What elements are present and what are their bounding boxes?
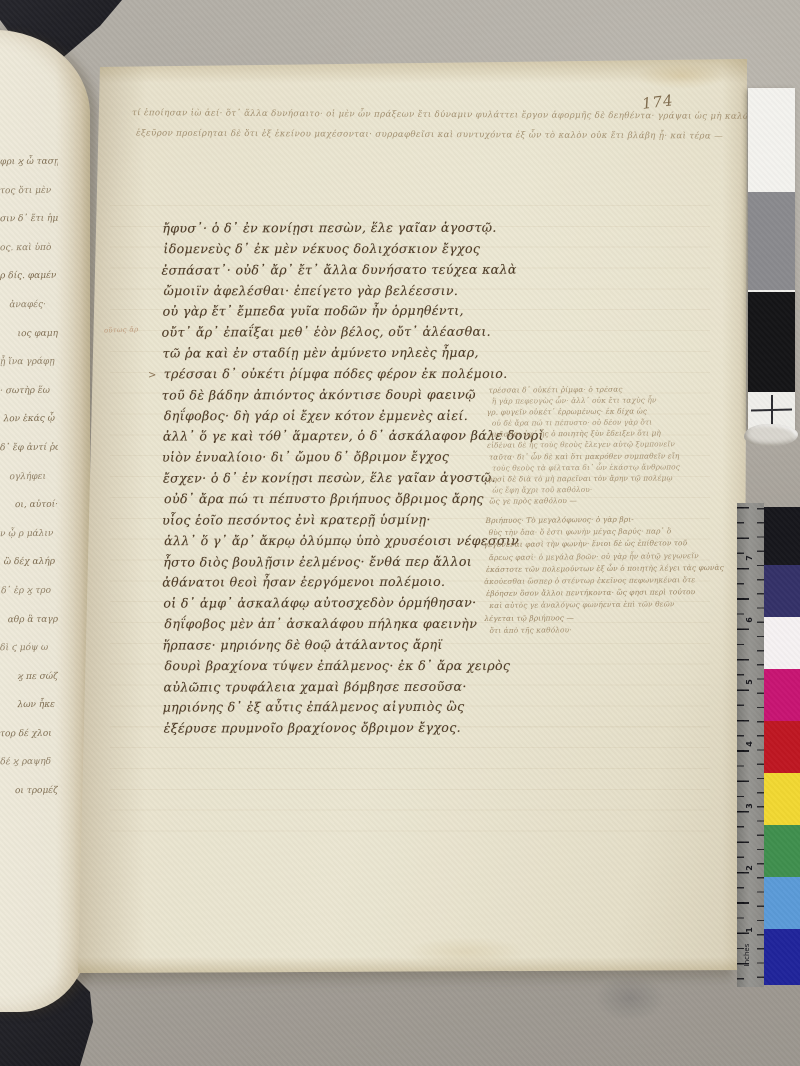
verse: ἥρπασε· μηριόνης δὲ θοῷ ἀτάλαντος ἄρηϊ [162,634,592,656]
verse: ἐσπάσατ᾽· οὐδ᾽ ἄρ᾽ ἔτ᾽ ἄλλα δυνήσατο τεύ… [161,259,591,281]
frag: ιος φαμη [0,319,58,348]
frag: τος ὅτι μὲν [0,176,58,205]
color-patch-black [764,507,800,565]
ruler-numbers: 7654321 [743,527,755,961]
sch-line: ὅτι ἀπὸ τῆς καθόλου· [489,623,727,637]
frag: δ᾽ ἔφ ἀντί ῥα [0,434,58,463]
frag: δέ ϗ ραψηδ [0,748,58,777]
frag: · σωτὴρ ἕω [0,376,58,405]
frag: λων ἧκε [0,691,58,720]
color-patch-light-blue [764,877,800,929]
color-patch-navy [764,565,800,617]
frag: τορ δέ χλοι [0,720,58,749]
frag: δ᾽ ἐρ ϗ τρο [0,577,58,606]
sch-line: ἄρεως φασὶ· ὁ μεγάλα βοῶν· οὐ γὰρ ἦν αὐτ… [489,549,727,563]
color-patch-red [764,721,800,773]
manuscript-page: 174 τί ἐποίησαν ἰὼ ἀεί· ὅτ᾽ ἄλλα δυνήσαι… [76,57,748,975]
facing-page-edge: φρι ϗ ὦ τασῃτος ὅτι μὲνσιν δ᾽ ἔτι ἡμῖος.… [0,30,90,1012]
verse: δουρὶ βραχίονα τύψεν ἐπάλμενος· ἐκ δ᾽ ἄρ… [164,656,594,677]
grayscale-calibration-card [748,88,795,430]
frag: ϗ πε σώζ [0,662,58,691]
gray-strip-black [748,290,795,392]
color-patch-yellow [764,773,800,825]
frag: οι, αὐτοί· [0,491,58,520]
frag: φρι ϗ ὦ τασῃ [0,148,58,177]
frag: ᾗ ἵνα γράφῃ [0,348,58,377]
scholia-block-upper: τρέσσαι δ᾽ οὐκέτι ῥίμφα· ὁ τρέσαςἢ γὰρ π… [489,383,680,506]
verse: οὔτ᾽ ἄρ᾽ ἐπαΐξαι μεθ᾽ ἑὸν βέλος, οὔτ᾽ ἀλ… [162,322,592,344]
sch-line: ἀκούεσθαι ὥσπερ ὁ στέντωρ ἐκεῖνος πεφωνη… [484,574,722,588]
facing-page-text-fragments: φρι ϗ ὦ τασῃτος ὅτι μὲνσιν δ᾽ ἔτι ἡμῖος.… [0,148,58,828]
left-margin-gloss: οὕτως ἄρ [104,325,139,334]
color-patch-green [764,825,800,877]
inch-ruler: 7654321 Inches [737,503,764,987]
color-patch-magenta [764,669,800,721]
frag: σιν δ᾽ ἔτι ἡμῖ [0,205,58,234]
frag: αθρ ἃ ταγρ [0,605,58,634]
sch-line: ὡς ἔφη ἄχρι τοῦ καθόλου· [492,483,682,495]
verse: μηριόνης δ᾽ ἐξ αὖτις ἐπάλμενος αἰγυπιὸς … [163,697,593,719]
color-calibration-patches [764,507,800,985]
parchment-stain [636,63,726,89]
gray-strip-mid [748,190,795,290]
verse: οὐ γὰρ ἔτ᾽ ἔμπεδα γυῖα ποδῶν ἦν ὁρμηθέντ… [163,301,593,323]
verse: ἰδομενεὺς δ᾽ ἐκ μὲν νέκυος δολιχόσκιον ἔ… [163,239,593,260]
parchment-stain [406,937,526,967]
verse: τῶ ῥα καὶ ἐν σταδίῃ μὲν ἀμύνετο νηλεὲς ἦ… [163,343,593,365]
diple-mark: > [148,370,156,381]
verse: ἤφυσ᾽· ὁ δ᾽ ἐν κονίῃσι πεσὼν, ἕλε γαῖαν … [162,217,592,239]
frag: ογλήφει [0,462,58,491]
cloth-smudge [595,975,665,1021]
verse: ἐξέρυσε πρυμνοῖο βραχίονος ὄβριμον ἔγχος… [164,718,594,740]
sch-line: οὐ δὲ ἄρα πώ τι πέπυστο· οὐ δέον γὰρ ὅτι [492,417,682,429]
verse: ὤμοιϊν ἀφελέσθαι· ἐπείγετο γὰρ βελέεσσιν… [164,280,594,301]
scholia-block-lower: Βριήπυος· Τὸ μεγαλόφωνος· ὁ γὰρ βρι-θὺς … [485,513,724,637]
verse: τρέσσαι δ᾽ οὐκέτι ῥίμφα πόδες φέρον ἐκ π… [164,364,594,385]
verse: αὐλῶπις τρυφάλεια χαμαὶ βόμβησε πεσοῦσα· [164,676,594,698]
frag: λον ἑκάς ᾧ [0,405,58,434]
frag: ὣ δέχ αλήρ [0,548,58,577]
frag: ἀναφές· [0,291,58,320]
color-patch-white [764,617,800,669]
gray-strip-white [748,88,795,190]
crumpled-tape [744,424,798,446]
sch-line: ὥς γε πρὸς καθόλου — [489,494,679,506]
frag: ος. καὶ ὑπὸ [0,233,58,262]
color-patch-dark-blue [764,929,800,985]
frag: οι τρομέζ [0,777,58,806]
frag: δὶ ϛ μόψ ω [0,634,58,663]
frag: ν ᾧ ρ μάλιν [0,519,58,548]
frag: ρ δίς. φαμέν [0,262,58,291]
sch-line: εἰδέναι δὲ ἧς τοὺς θεοὺς ἔλεγεν αὐτῷ ξυμ… [487,439,677,451]
folio-number: 174 [641,91,675,113]
manuscript-photo: φρι ϗ ὦ τασῃτος ὅτι μὲνσιν δ᾽ ἔτι ἡμῖος.… [0,0,800,1066]
header-annotation-line: ἐξεῦρον προείρηται δὲ ὅτι ἐξ ἐκείνου μαχ… [136,128,723,141]
